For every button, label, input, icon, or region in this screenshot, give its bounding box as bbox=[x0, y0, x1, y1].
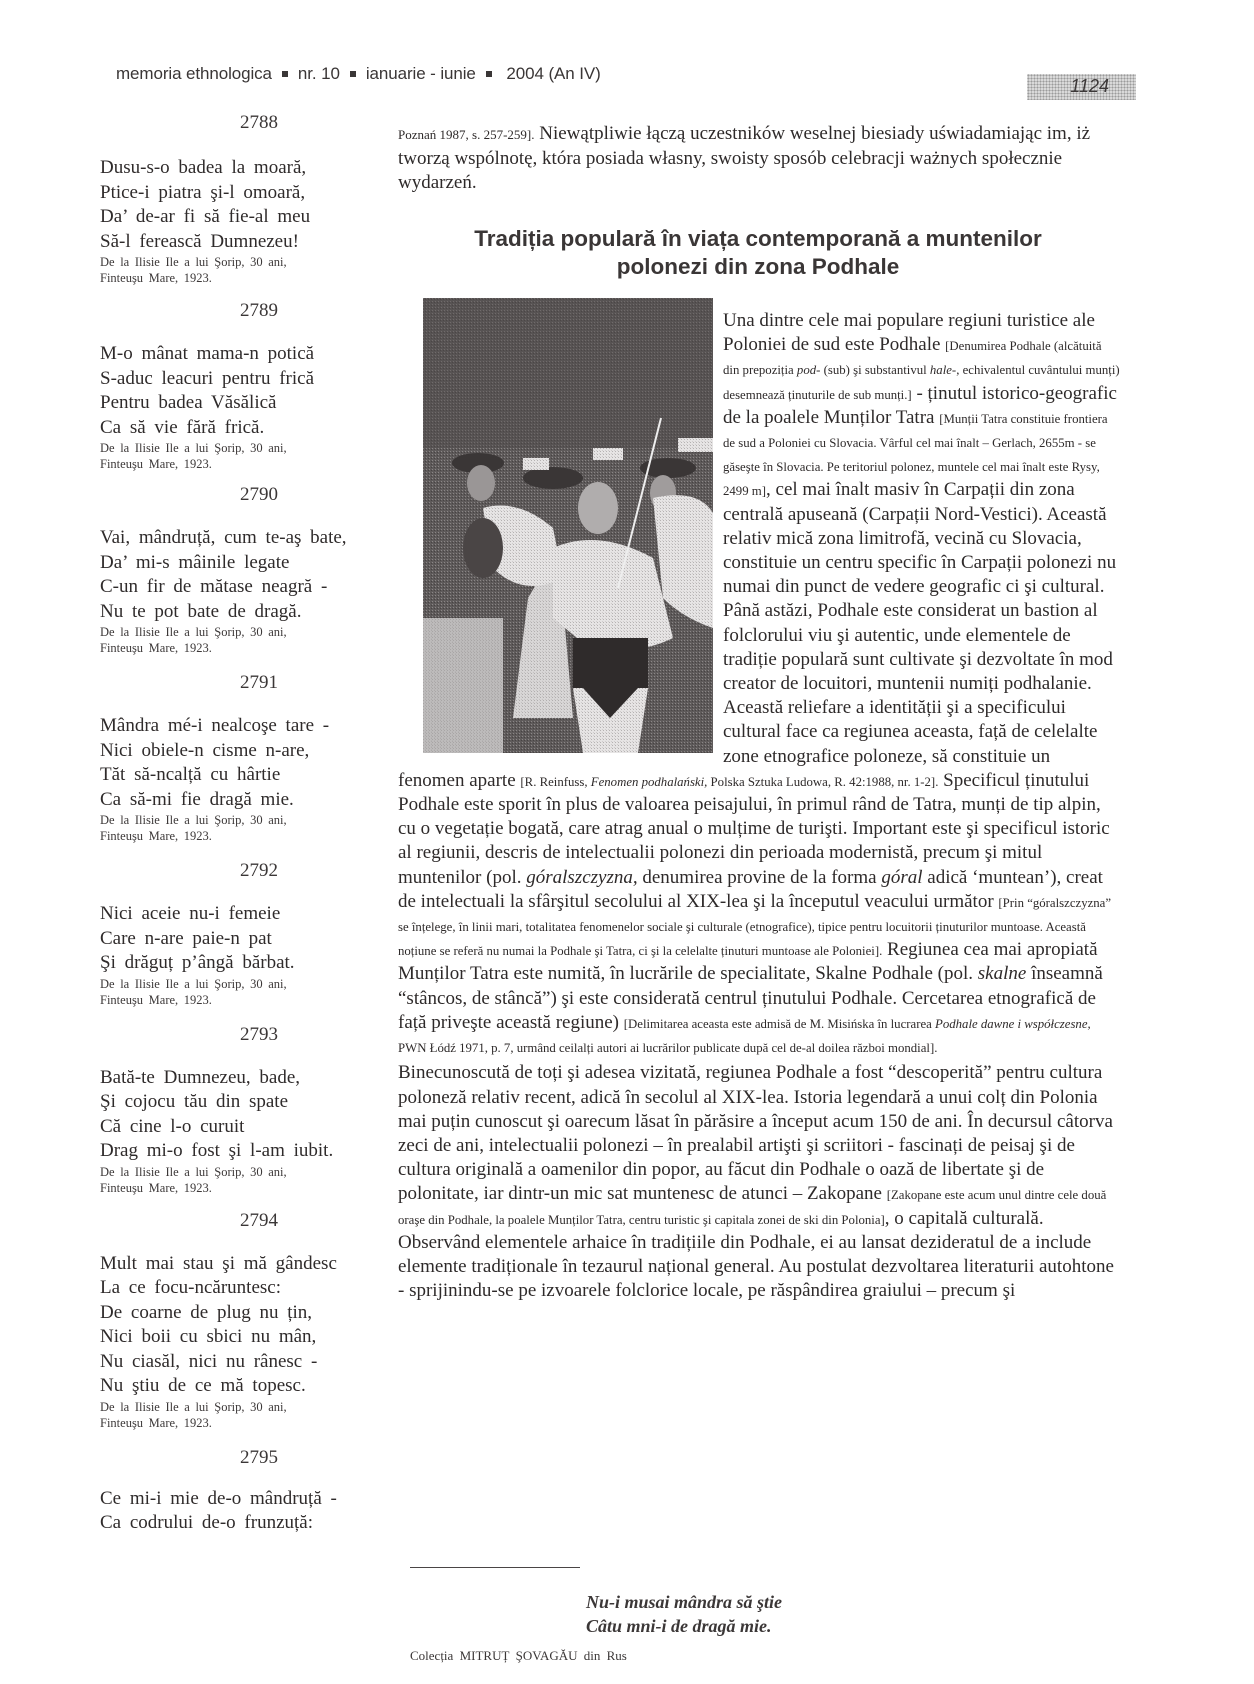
poem-line: Ca codrului de-o frunzuță: bbox=[100, 1511, 390, 1536]
body-italic: skalne bbox=[978, 963, 1027, 984]
poem: 2791 Mândra mé-i nealcoşe tare - Nici ob… bbox=[100, 672, 390, 844]
poem-number: 2789 bbox=[100, 300, 390, 322]
bullet-square-icon bbox=[282, 71, 288, 77]
epigraph: Nu-i musai mândra să ştie Câtu mni-i de … bbox=[586, 1590, 782, 1638]
poem-number: 2793 bbox=[100, 1024, 390, 1046]
epigraph-line: Câtu mni-i de dragă mie. bbox=[586, 1614, 782, 1638]
poem-line: Da’ mi-s mâinile legate bbox=[100, 551, 390, 576]
poem-line: Nu ciasăl, nici nu rânesc - bbox=[100, 1350, 390, 1375]
page-number: 1124 bbox=[1070, 76, 1109, 97]
poem: 2790 Vai, mândruță, cum te-aş bate, Da’ … bbox=[100, 484, 390, 656]
poem-source: Finteuşu Mare, 1923. bbox=[100, 641, 390, 656]
poem-line: Ptice-i piatra şi-l omoară, bbox=[100, 181, 390, 206]
poem: 2792 Nici aceie nu-i femeie Care n-are p… bbox=[100, 860, 390, 1008]
footnote-italic: Fenomen podhalański, bbox=[591, 775, 708, 789]
poem: 2789 M-o mânat mama-n potică S-aduc leac… bbox=[100, 300, 390, 472]
poem-source: De la Ilisie Ile a lui Şorip, 30 ani, bbox=[100, 441, 390, 456]
poem: 2795 Ce mi-i mie de-o mândruță - Ca codr… bbox=[100, 1447, 390, 1536]
poem-source: De la Ilisie Ile a lui Şorip, 30 ani, bbox=[100, 977, 390, 992]
footnote-italic: pod- bbox=[797, 363, 820, 377]
poem-line: S-aduc leacuri pentru frică bbox=[100, 367, 390, 392]
poem-number: 2794 bbox=[100, 1210, 390, 1232]
poem-number: 2791 bbox=[100, 672, 390, 694]
poem-source: Finteuşu Mare, 1923. bbox=[100, 829, 390, 844]
footnote-divider bbox=[410, 1567, 580, 1568]
poem-source: De la Ilisie Ile a lui Şorip, 30 ani, bbox=[100, 625, 390, 640]
poem-line: Bată-te Dumnezeu, bade, bbox=[100, 1066, 390, 1091]
poem-source: Finteuşu Mare, 1923. bbox=[100, 457, 390, 472]
poem-line: Şi cojocu tău din spate bbox=[100, 1090, 390, 1115]
footnote-text: Polska Sztuka Ludowa, R. 42:1988, nr. 1-… bbox=[707, 775, 938, 789]
footnote-italic: Podhale dawne i współczesne, bbox=[935, 1017, 1091, 1031]
poem-line: Că cine l-o curuit bbox=[100, 1115, 390, 1140]
footnote-italic: hale- bbox=[930, 363, 956, 377]
bullet-square-icon bbox=[350, 71, 356, 77]
inline-footnote: [R. Reinfuss, Fenomen podhalański, Polsk… bbox=[520, 775, 938, 789]
poem-line: Drag mi-o fost şi l-am iubit. bbox=[100, 1139, 390, 1164]
intro-paragraph: Poznań 1987, s. 257-259]. Niewątpliwie ł… bbox=[398, 122, 1118, 196]
poem-line: De coarne de plug nu țin, bbox=[100, 1301, 390, 1326]
poem-source: De la Ilisie Ile a lui Şorip, 30 ani, bbox=[100, 1400, 390, 1415]
article-paragraph: Binecunoscută de toți şi adesea vizitată… bbox=[398, 1061, 1120, 1303]
poem-source: De la Ilisie Ile a lui Şorip, 30 ani, bbox=[100, 255, 390, 270]
poem-number: 2792 bbox=[100, 860, 390, 882]
poem-line: Da’ de-ar fi să fie-al meu bbox=[100, 205, 390, 230]
poem-line: Mult mai stau şi mă gândesc bbox=[100, 1252, 390, 1277]
issue-year: 2004 (An IV) bbox=[506, 64, 600, 83]
footnote-text: [Delimitarea aceasta este admisă de M. M… bbox=[624, 1017, 935, 1031]
article-title-line: Tradiția populară în viața contemporană … bbox=[398, 225, 1118, 253]
poem-line: Nu te pot bate de dragă. bbox=[100, 600, 390, 625]
journal-name: memoria ethnologica bbox=[116, 64, 272, 83]
poem-line: Ca să-mi fie dragă mie. bbox=[100, 788, 390, 813]
poem-source: Finteuşu Mare, 1923. bbox=[100, 1181, 390, 1196]
footnote-text: PWN Łódź 1971, p. 7, urmând ceilalți aut… bbox=[398, 1041, 937, 1055]
poem-line: Ce mi-i mie de-o mândruță - bbox=[100, 1487, 390, 1512]
poem-source: Finteuşu Mare, 1923. bbox=[100, 993, 390, 1008]
poem-number: 2790 bbox=[100, 484, 390, 506]
poem-source: Finteuşu Mare, 1923. bbox=[100, 271, 390, 286]
body-text: Binecunoscută de toți şi adesea vizitată… bbox=[398, 1062, 1113, 1204]
poem-line: Să-l ferească Dumnezeu! bbox=[100, 230, 390, 255]
poem-line: C-un fir de mătase neagră - bbox=[100, 575, 390, 600]
poem-line: La ce focu-ncăruntesc: bbox=[100, 1276, 390, 1301]
poem-line: Ca să vie fără frică. bbox=[100, 416, 390, 441]
article-body: Una dintre cele mai populare regiuni tur… bbox=[398, 309, 1120, 1303]
body-text: denumirea provine de la forma bbox=[638, 867, 882, 888]
article-title: Tradiția populară în viața contemporană … bbox=[398, 225, 1118, 281]
running-header: memoria ethnologicanr. 10ianuarie - iuni… bbox=[116, 64, 601, 84]
footnote-text: [R. Reinfuss, bbox=[520, 775, 590, 789]
poem-line: M-o mânat mama-n potică bbox=[100, 342, 390, 367]
issue-number: nr. 10 bbox=[298, 64, 340, 83]
body-italic: góral bbox=[881, 867, 922, 888]
poem-line: Şi drăguț p’ângă bărbat. bbox=[100, 951, 390, 976]
bullet-square-icon bbox=[486, 71, 492, 77]
poem-line: Nici aceie nu-i femeie bbox=[100, 902, 390, 927]
collection-credit: Colecția MITRUȚ ŞOVAGĂU din Rus bbox=[410, 1648, 627, 1664]
poem-line: Dusu-s-o badea la moară, bbox=[100, 156, 390, 181]
poem-line: Mândra mé-i nealcoşe tare - bbox=[100, 714, 390, 739]
page-number-box: 1124 bbox=[1027, 74, 1136, 100]
poem-source: Finteuşu Mare, 1923. bbox=[100, 1416, 390, 1431]
poem-line: Tăt să-ncalță cu hârtie bbox=[100, 763, 390, 788]
epigraph-line: Nu-i musai mândra să ştie bbox=[586, 1590, 782, 1614]
poem-line: Vai, mândruță, cum te-aş bate, bbox=[100, 526, 390, 551]
poem: 2794 Mult mai stau şi mă gândesc La ce f… bbox=[100, 1210, 390, 1431]
article-title-line: polonezi din zona Podhale bbox=[398, 253, 1118, 281]
poem-line: Pentru badea Văsălică bbox=[100, 391, 390, 416]
photo-wrap-spacer bbox=[398, 297, 723, 753]
poem-line: Care n-are paie-n pat bbox=[100, 927, 390, 952]
body-italic: góralszczyzna, bbox=[526, 867, 637, 888]
poem-number: 2795 bbox=[100, 1447, 390, 1469]
poem-column: 2788 Dusu-s-o badea la moară, Ptice-i pi… bbox=[100, 112, 390, 1536]
poem-number: 2788 bbox=[100, 112, 390, 134]
poem: 2793 Bată-te Dumnezeu, bade, Şi cojocu t… bbox=[100, 1024, 390, 1196]
poem-source: De la Ilisie Ile a lui Şorip, 30 ani, bbox=[100, 1165, 390, 1180]
poem-line: Nici boii cu sbici nu mân, bbox=[100, 1325, 390, 1350]
issue-period: ianuarie - iunie bbox=[366, 64, 476, 83]
footnote-text: (sub) şi substantivul bbox=[820, 363, 930, 377]
poem: 2788 Dusu-s-o badea la moară, Ptice-i pi… bbox=[100, 112, 390, 286]
poem-line: Nici obiele-n cisme n-are, bbox=[100, 739, 390, 764]
poem-source: De la Ilisie Ile a lui Şorip, 30 ani, bbox=[100, 813, 390, 828]
poem-line: Nu ştiu de ce mă topesc. bbox=[100, 1374, 390, 1399]
citation: Poznań 1987, s. 257-259]. bbox=[398, 127, 535, 142]
